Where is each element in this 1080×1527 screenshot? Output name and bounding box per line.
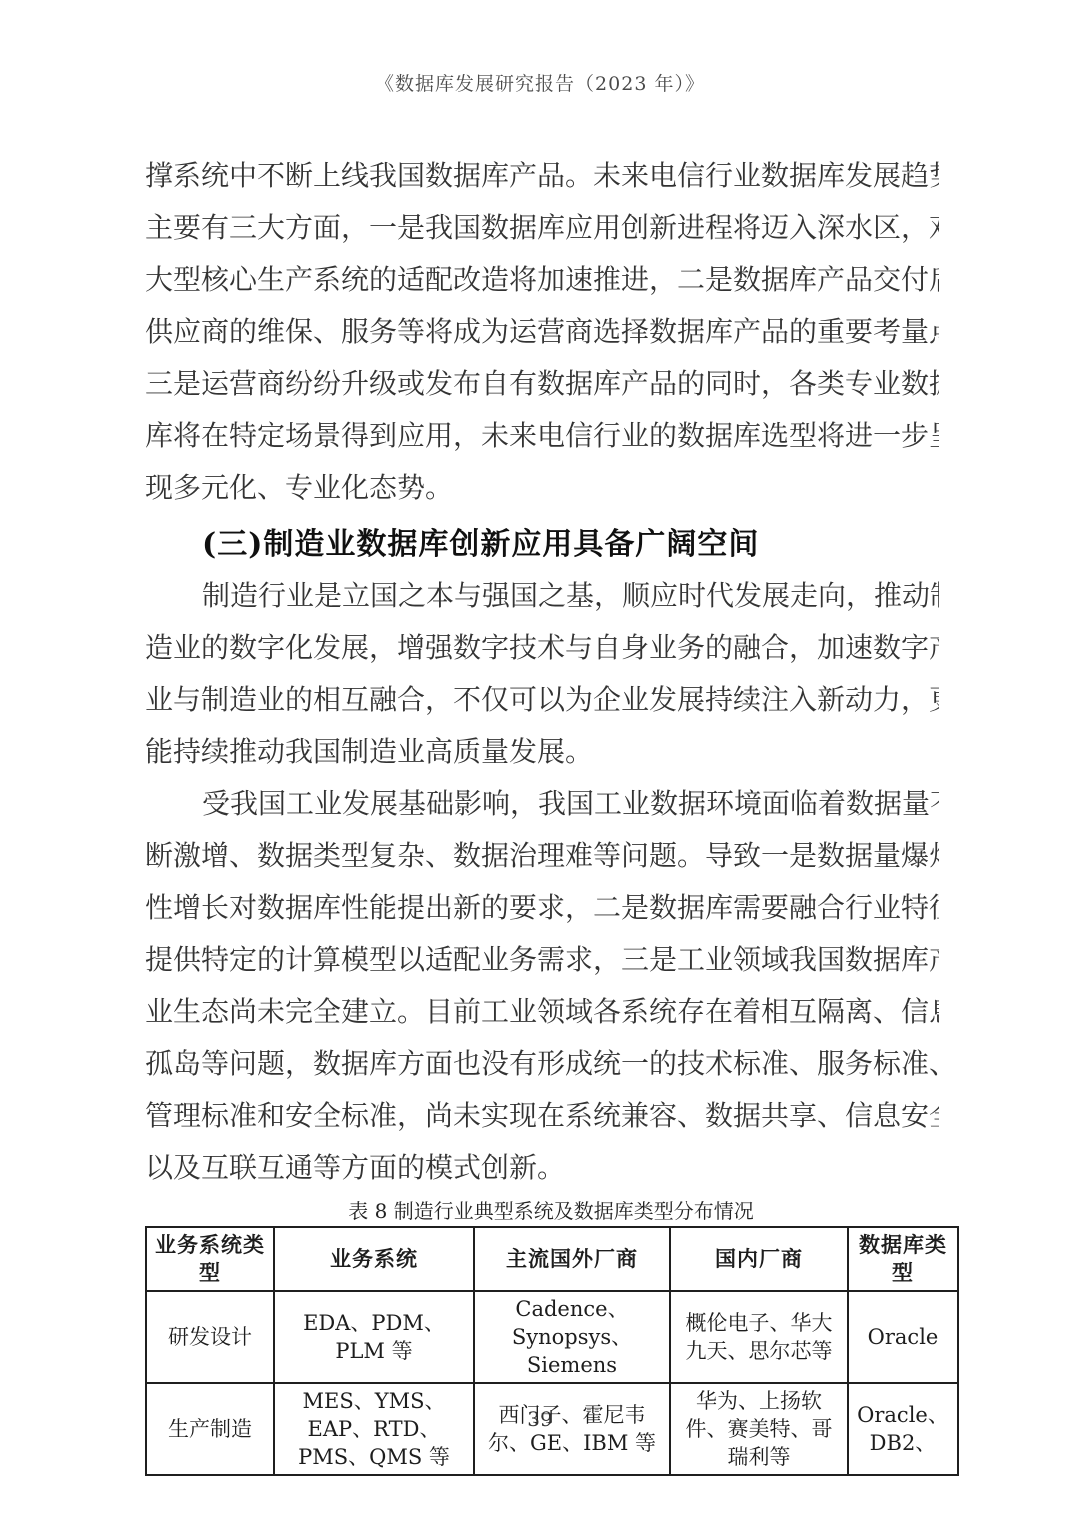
running-header-title: 《数据库发展研究报告（2023 年）》 <box>0 0 1080 96</box>
table-cell: EDA、PDM、PLM 等 <box>274 1291 474 1383</box>
body-line: 三是运营商纷纷升级或发布自有数据库产品的同时，各类专业数据 <box>145 358 939 410</box>
body-line: 制造行业是立国之本与强国之基，顺应时代发展走向，推动制 <box>145 570 939 622</box>
body-line: 断激增、数据类型复杂、数据治理难等问题。导致一是数据量爆炸 <box>145 830 939 882</box>
paragraph-telecom-trends: 撑系统中不断上线我国数据库产品。未来电信行业数据库发展趋势 主要有三大方面，一是… <box>145 150 939 514</box>
body-line: 库将在特定场景得到应用，未来电信行业的数据库选型将进一步呈 <box>145 410 939 462</box>
page-number: 39 <box>0 1407 1080 1431</box>
body-line: 大型核心生产系统的适配改造将加速推进，二是数据库产品交付后 <box>145 254 939 306</box>
body-line: 提供特定的计算模型以适配业务需求，三是工业领域我国数据库产 <box>145 934 939 986</box>
body-line: 供应商的维保、服务等将成为运营商选择数据库产品的重要考量点； <box>145 306 939 358</box>
table-cell: 研发设计 <box>146 1291 274 1383</box>
column-header: 数据库类型 <box>848 1227 958 1291</box>
column-header: 业务系统类型 <box>146 1227 274 1291</box>
body-line: 孤岛等问题，数据库方面也没有形成统一的技术标准、服务标准、 <box>145 1038 939 1090</box>
body-line: 能持续推动我国制造业高质量发展。 <box>145 726 939 778</box>
table-row: 研发设计 EDA、PDM、PLM 等 Cadence、Synopsys、Siem… <box>146 1291 958 1383</box>
manufacturing-systems-table: 业务系统类型 业务系统 主流国外厂商 国内厂商 数据库类型 研发设计 EDA、P… <box>145 1226 959 1476</box>
document-page: 《数据库发展研究报告（2023 年）》 撑系统中不断上线我国数据库产品。未来电信… <box>0 0 1080 1527</box>
section-heading: (三)制造业数据库创新应用具备广阔空间 <box>145 520 939 570</box>
page-body: 撑系统中不断上线我国数据库产品。未来电信行业数据库发展趋势 主要有三大方面，一是… <box>145 96 939 1476</box>
body-line: 性增长对数据库性能提出新的要求，二是数据库需要融合行业特征 <box>145 882 939 934</box>
body-line: 业生态尚未完全建立。目前工业领域各系统存在着相互隔离、信息 <box>145 986 939 1038</box>
paragraph-manufacturing-intro: 制造行业是立国之本与强国之基，顺应时代发展走向，推动制 造业的数字化发展，增强数… <box>145 570 939 778</box>
column-header: 国内厂商 <box>670 1227 848 1291</box>
body-line: 造业的数字化发展，增强数字技术与自身业务的融合，加速数字产 <box>145 622 939 674</box>
body-line: 以及互联互通等方面的模式创新。 <box>145 1142 939 1194</box>
body-line: 撑系统中不断上线我国数据库产品。未来电信行业数据库发展趋势 <box>145 150 939 202</box>
column-header: 主流国外厂商 <box>474 1227 670 1291</box>
table-caption: 表 8 制造行业典型系统及数据库类型分布情况 <box>145 1199 957 1223</box>
column-header: 业务系统 <box>274 1227 474 1291</box>
table-cell: Cadence、Synopsys、Siemens <box>474 1291 670 1383</box>
body-line: 管理标准和安全标准，尚未实现在系统兼容、数据共享、信息安全 <box>145 1090 939 1142</box>
table-header-row: 业务系统类型 业务系统 主流国外厂商 国内厂商 数据库类型 <box>146 1227 958 1291</box>
table-cell: Oracle <box>848 1291 958 1383</box>
body-line: 主要有三大方面，一是我国数据库应用创新进程将迈入深水区，对 <box>145 202 939 254</box>
body-line: 受我国工业发展基础影响，我国工业数据环境面临着数据量不 <box>145 778 939 830</box>
paragraph-industrial-data: 受我国工业发展基础影响，我国工业数据环境面临着数据量不 断激增、数据类型复杂、数… <box>145 778 939 1194</box>
table-cell: 概伦电子、华大九天、思尔芯等 <box>670 1291 848 1383</box>
body-line: 现多元化、专业化态势。 <box>145 462 939 514</box>
body-line: 业与制造业的相互融合，不仅可以为企业发展持续注入新动力，更 <box>145 674 939 726</box>
